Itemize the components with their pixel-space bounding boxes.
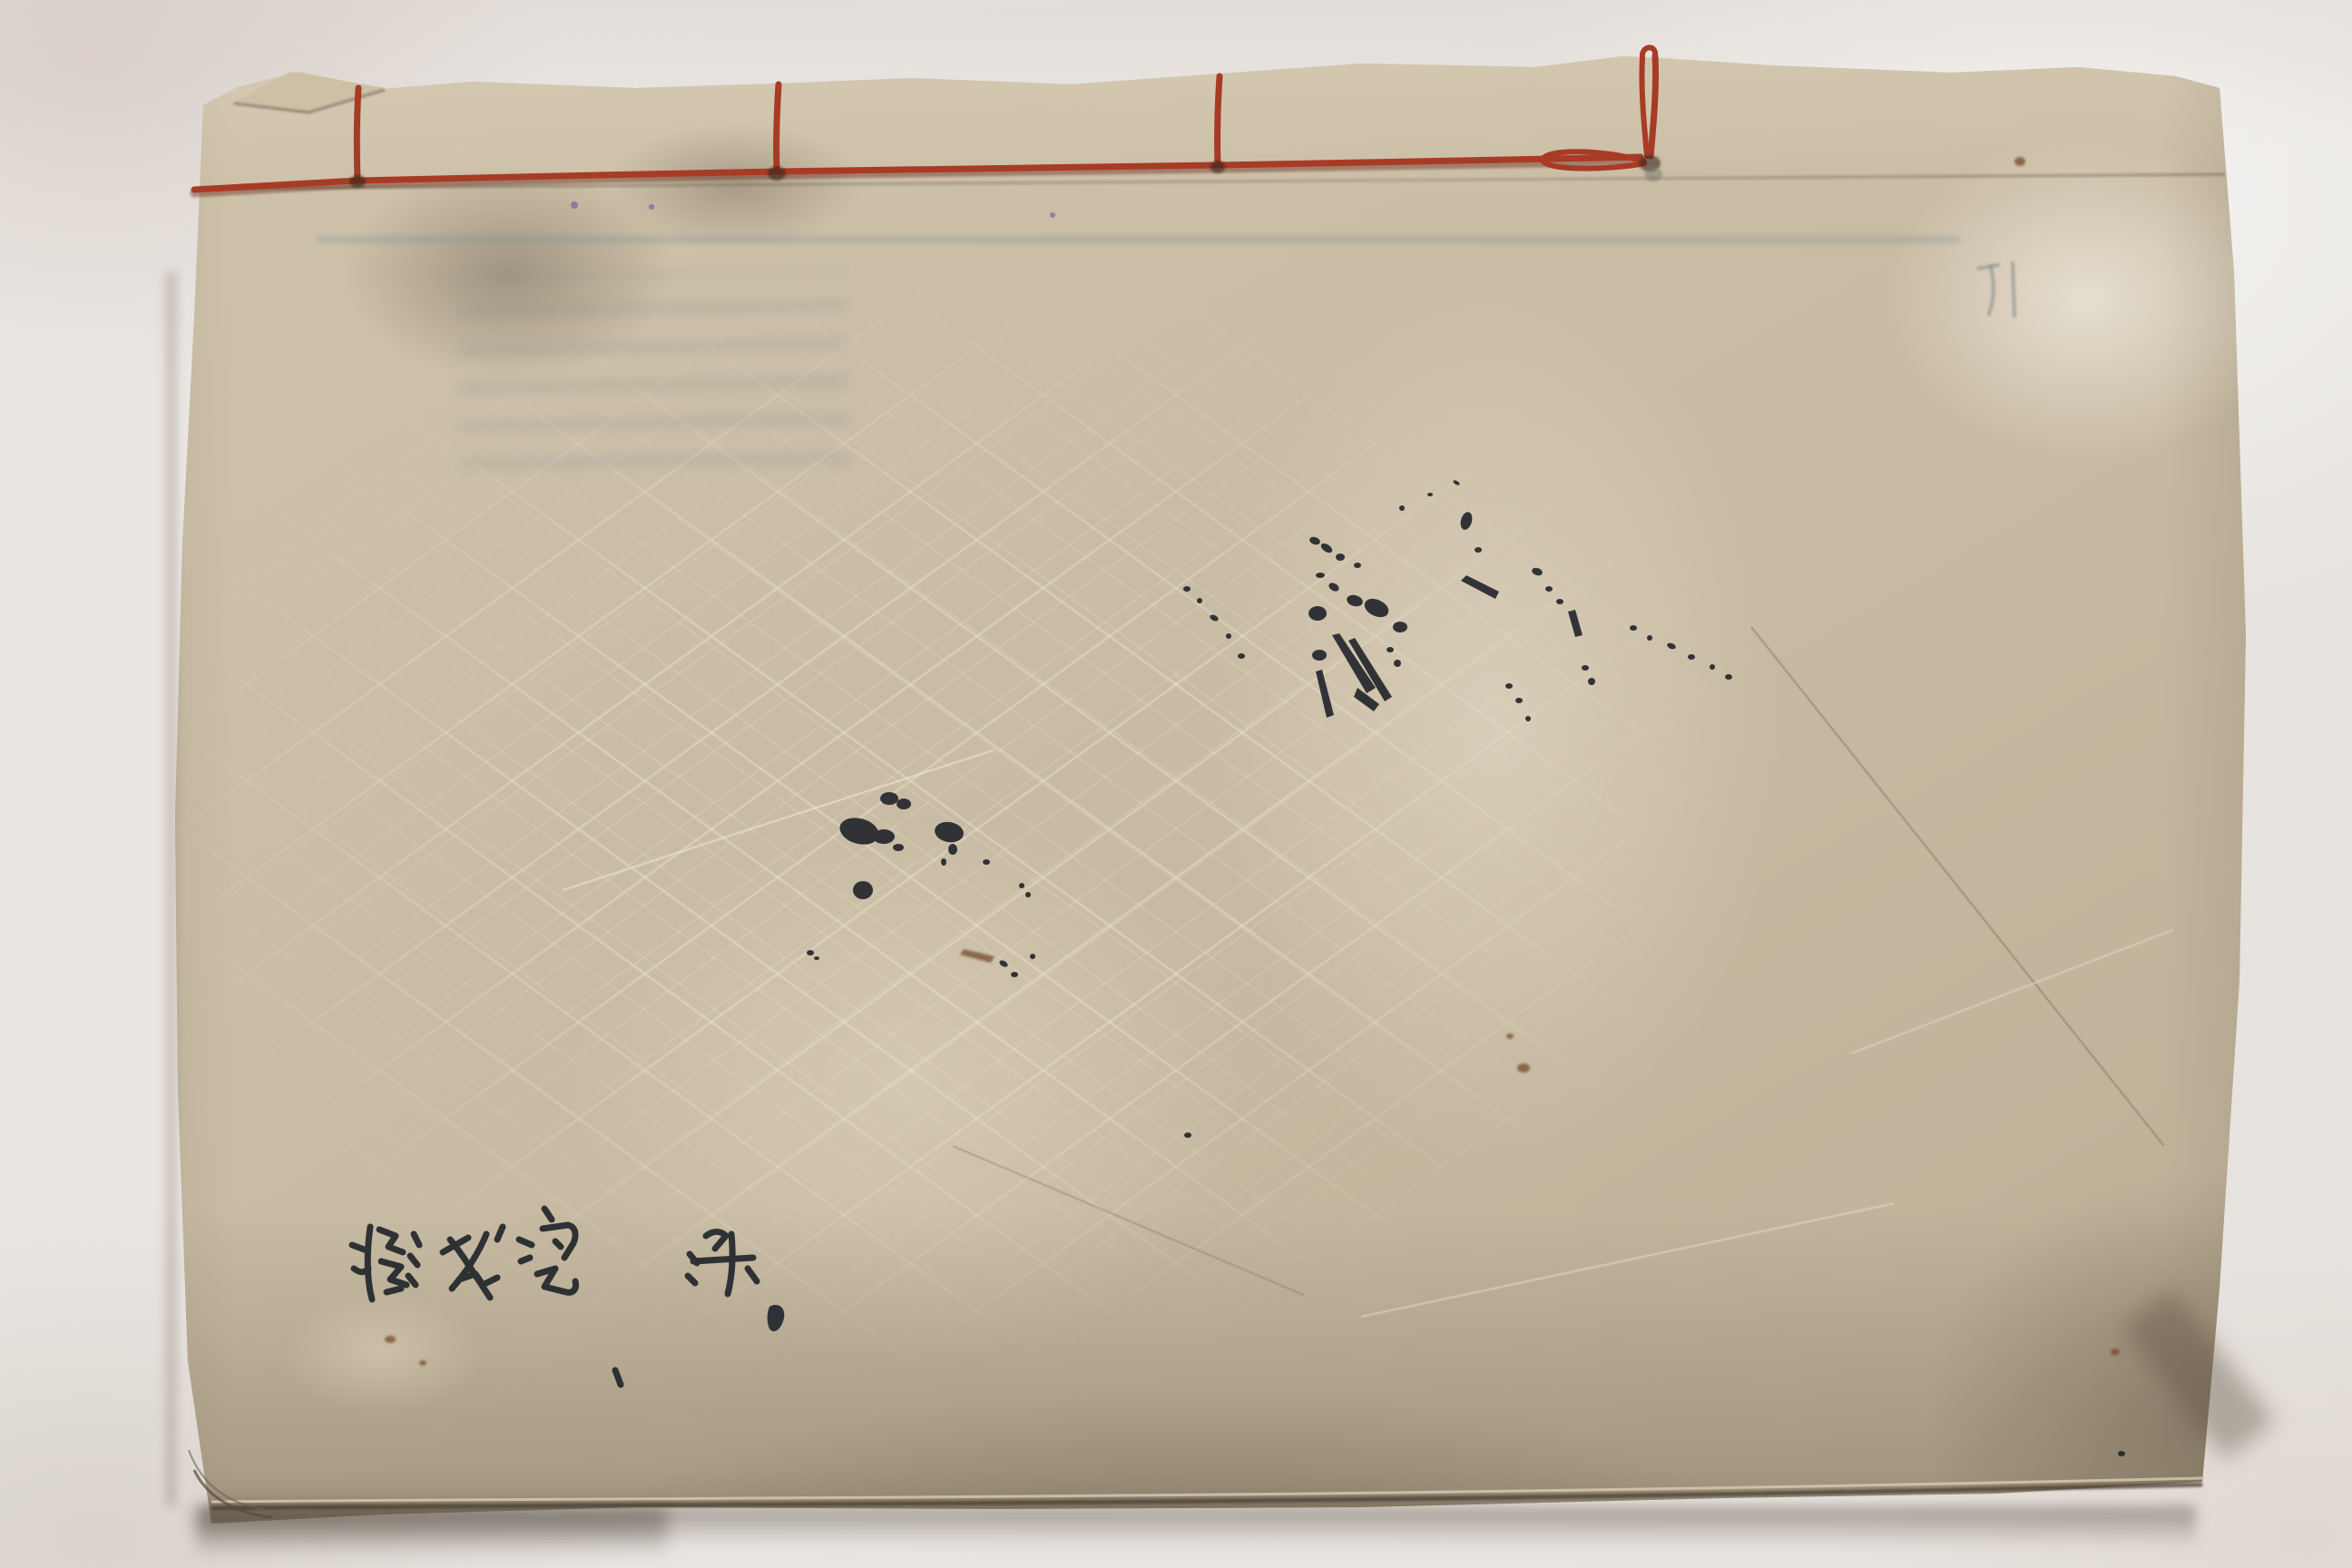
corner-fold: [234, 72, 385, 113]
handwritten-glyph-3: [519, 1209, 576, 1292]
ink-fleck: [615, 1370, 621, 1385]
thread-stitch-1: [357, 88, 358, 180]
pencil-mark: [1978, 263, 2014, 316]
thread-knot-loop: [1651, 56, 1656, 156]
detail-overlay: [0, 0, 2352, 1568]
thread-knot-loop: [1642, 47, 1655, 58]
foxing-spots: [385, 157, 2120, 1366]
thread-knot-loop: [1641, 58, 1647, 156]
handwritten-glyph-2: [443, 1227, 503, 1298]
violet-specks: [571, 201, 1055, 218]
handwritten-inscription: [352, 1209, 784, 1385]
ink-smudges: [807, 479, 2125, 1456]
binding-thread: [194, 47, 1656, 193]
ink-comma-blob: [768, 1305, 785, 1331]
thread-stitch-2: [777, 84, 779, 171]
handwritten-glyph-1: [352, 1227, 419, 1299]
photo: Back cover of an antique side-stitched (…: [0, 0, 2352, 1568]
page-edges: [189, 1450, 2202, 1517]
thread-stitch-3: [1218, 76, 1220, 164]
handwritten-glyph-4: [688, 1232, 757, 1295]
